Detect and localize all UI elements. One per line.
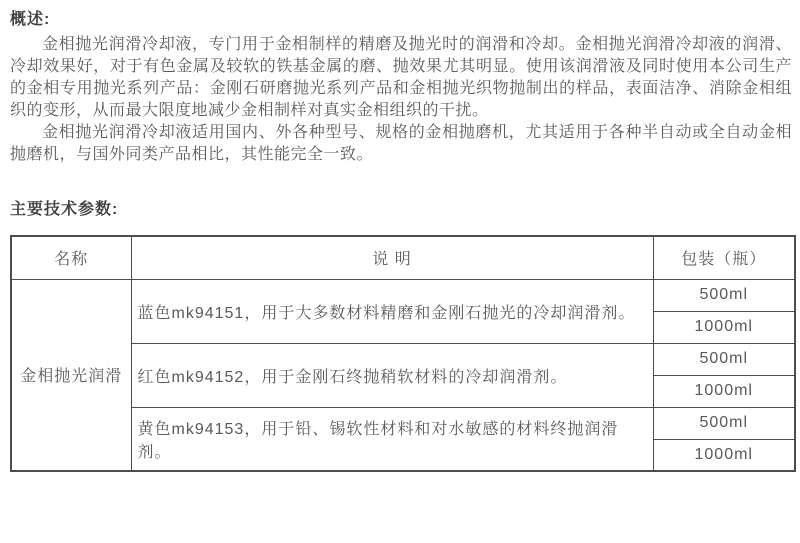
overview-body: 金相抛光润滑冷却液，专门用于金相制样的精磨及抛光时的润滑和冷却。金相抛光润滑冷却… [10,34,792,166]
header-name: 名称 [11,236,131,279]
document-page: 概述: 金相抛光润滑冷却液，专门用于金相制样的精磨及抛光时的润滑和冷却。金相抛光… [0,0,800,543]
pack-cell: 1000ml [653,439,795,471]
overview-paragraph-2: 金相抛光润滑冷却液适用国内、外各种型号、规格的金相抛磨机，尤其适用于各种半自动或… [10,122,792,166]
table-row: 金相抛光润滑 蓝色mk94151，用于大多数材料精磨和金刚石抛光的冷却润滑剂。 … [11,279,795,311]
pack-cell: 1000ml [653,375,795,407]
description-cell-red: 红色mk94152，用于金刚石终抛稍软材料的冷却润滑剂。 [131,343,653,407]
pack-cell: 1000ml [653,311,795,343]
overview-heading: 概述: [10,10,792,30]
table-header-row: 名称 说 明 包装（瓶） [11,236,795,279]
technical-params-heading: 主要技术参数: [10,200,792,220]
pack-cell: 500ml [653,279,795,311]
technical-params-table: 名称 说 明 包装（瓶） 金相抛光润滑 蓝色mk94151，用于大多数材料精磨和… [10,235,796,472]
header-description: 说 明 [131,236,653,279]
pack-cell: 500ml [653,343,795,375]
pack-cell: 500ml [653,407,795,439]
description-cell-blue: 蓝色mk94151，用于大多数材料精磨和金刚石抛光的冷却润滑剂。 [131,279,653,343]
product-name-cell: 金相抛光润滑 [11,279,131,471]
header-packaging: 包装（瓶） [653,236,795,279]
overview-paragraph-1: 金相抛光润滑冷却液，专门用于金相制样的精磨及抛光时的润滑和冷却。金相抛光润滑冷却… [10,34,792,122]
description-cell-yellow: 黄色mk94153，用于铅、锡软性材料和对水敏感的材料终抛润滑剂。 [131,407,653,471]
